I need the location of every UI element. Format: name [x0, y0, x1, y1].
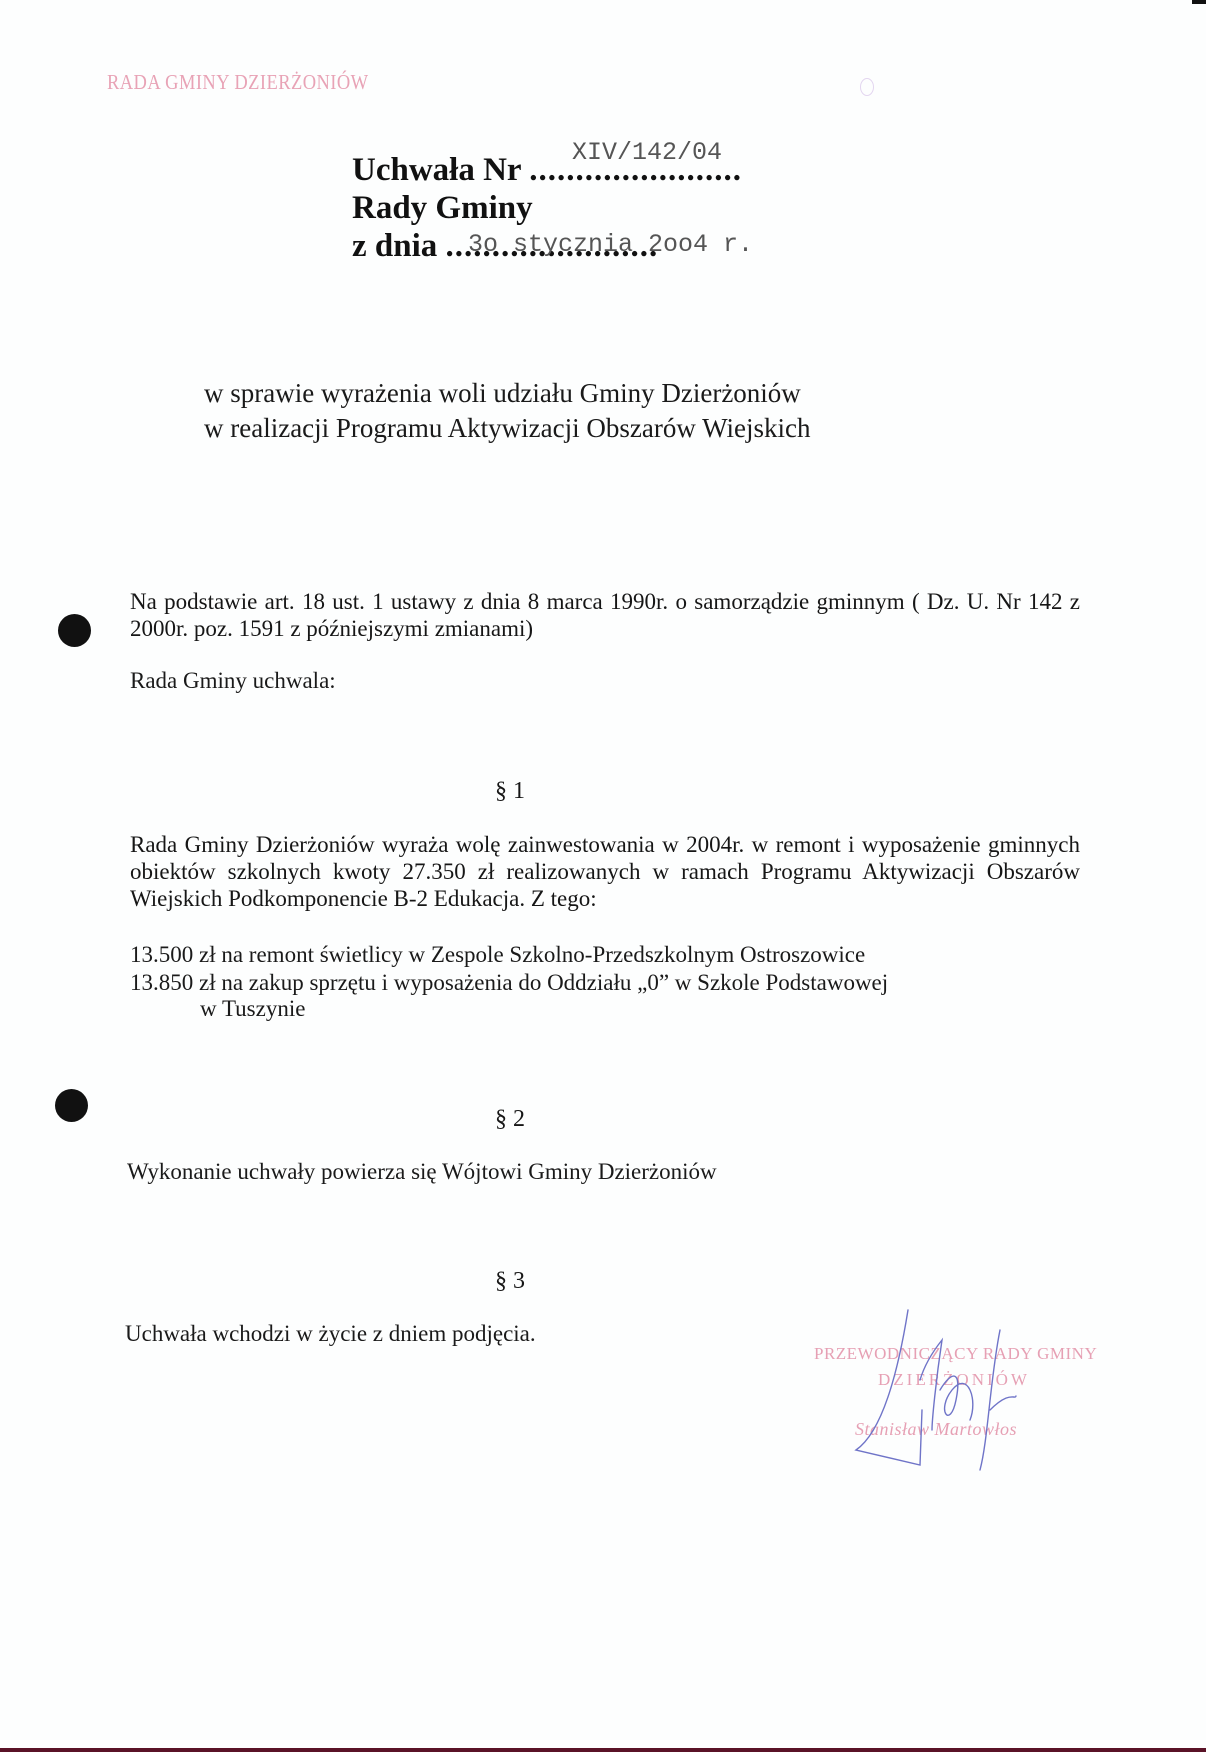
council-header-stamp: RADA GMINY DZIERŻONIÓW — [107, 70, 369, 95]
legal-basis: Na podstawie art. 18 ust. 1 ustawy z dni… — [130, 588, 1080, 642]
scan-bottom-edge — [0, 1748, 1206, 1752]
section-2-heading: § 2 — [0, 1106, 1020, 1133]
faint-mark — [860, 78, 874, 96]
title-line-2: Rady Gminy — [352, 190, 533, 227]
section-3-text: Uchwała wchodzi w życie z dniem podjęcia… — [125, 1321, 536, 1347]
punch-hole-1 — [58, 614, 91, 647]
title-label: Uchwała Nr — [352, 152, 521, 188]
section-1-item-2-continued: w Tuszynie — [200, 996, 305, 1022]
section-1-heading: § 1 — [0, 778, 1020, 805]
subject-line-1: w sprawie wyrażenia woli udziału Gminy D… — [204, 378, 801, 409]
resolves-text: Rada Gminy uchwala: — [130, 668, 336, 694]
section-1-item-2: 13.850 zł na zakup sprzętu i wyposażenia… — [130, 970, 888, 996]
dotted-line: ....................... — [529, 152, 742, 189]
scan-corner-mark — [1192, 0, 1206, 4]
handwritten-signature — [840, 1300, 1040, 1475]
title-line-1: Uchwała Nr ....................... — [352, 152, 742, 189]
section-2-text: Wykonanie uchwały powierza się Wójtowi G… — [127, 1159, 717, 1185]
section-1-item-1: 13.500 zł na remont świetlicy w Zespole … — [130, 942, 865, 968]
section-1-text: Rada Gminy Dzierżoniów wyraża wolę zainw… — [130, 831, 1080, 912]
section-3-heading: § 3 — [0, 1268, 1020, 1295]
resolution-date: 3o stycznia 2oo4 r. — [468, 230, 753, 259]
date-label: z dnia — [352, 228, 437, 264]
subject-line-2: w realizacji Programu Aktywizacji Obszar… — [204, 413, 810, 444]
